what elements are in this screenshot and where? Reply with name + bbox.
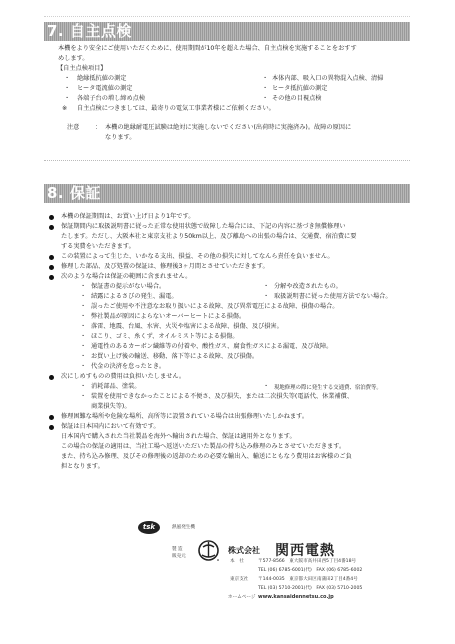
domestic-validity-line4: 担となります。 [61, 462, 104, 472]
dash-icon: ・ [80, 312, 86, 322]
note-marker: ※ [62, 104, 67, 114]
bullet-icon: ・ [64, 84, 70, 94]
bullet-icon: ・ [64, 94, 70, 104]
bullet-icon: ・ [262, 84, 268, 94]
hq-phone: TEL (06) 6785-6001(代) FAX (06) 6785-6002 [258, 567, 362, 574]
warranty-free-repair-line2: たします。ただし、大阪本社と東京支社より50km以上、及び離島への出張の場合は、… [61, 232, 356, 242]
cost-item: 消耗部品、塗装。 [91, 382, 141, 392]
dash-icon: ・ [80, 322, 86, 332]
tokyo-address: 〒144-0035 東京都大田区南蒲田2丁目4番4号 [258, 576, 358, 583]
inspection-item: 本体内部、吸入口の異物混入点検、清掃 [272, 74, 383, 84]
exclusion-item: 結露によるさびの発生、漏電。 [91, 292, 178, 302]
warranty-free-repair-line1: 保証期間内に取扱説明書に従った正常な使用状態で故障した場合には、下記の内容に基づ… [61, 222, 346, 232]
exclusion-item: 誤ったご使用や不注意なお取り扱いによる故障、及び異常電圧による故障、損傷の場合。 [91, 302, 339, 312]
bullet-icon [49, 265, 54, 270]
section-7-header: 7. 自主点検 [44, 22, 410, 41]
inspection-note: 自主点検につきましては、最寄りの電気工事業者様にご依頼ください。 [77, 104, 275, 114]
hq-address: 〒577-8566 東大阪市高井田西5丁目4番18号 [258, 558, 356, 565]
dash-icon: ・ [80, 352, 86, 362]
inspection-item: ヒータ抵抗値の測定 [272, 84, 327, 94]
inspection-item: 各端子台の増し締め点検 [77, 94, 145, 104]
inspection-item: その他の目視点検 [272, 94, 322, 104]
inspection-item: ヒータ電流値の測定 [77, 84, 132, 94]
corp-type: 株式会社 [228, 545, 260, 556]
onsite-repair-limit: 修理困難な場所や危険な場所、高所等に設置されている場合は出張修理いたしかねます。 [61, 412, 308, 422]
caution-text-line1: 本機の絶縁耐電圧試験は絶対に実施しないでください(出荷時に実施済み)。故障の原因… [105, 123, 351, 133]
bullet-icon [49, 375, 54, 380]
tokyo-phone: TEL (03) 5710-2001(代) FAX (03) 5710-2005 [258, 585, 362, 592]
caution-text-line2: なります。 [105, 133, 135, 143]
exclusion-item: 取扱説明書に従った使用方法でない場合。 [274, 292, 392, 302]
maker-label-line2: 販売元 [172, 553, 186, 560]
exclusions-heading: 次のような場合は保証の範囲に含まれません。 [61, 272, 191, 282]
exclusion-item: お買い上げ後の輸送、移動、落下等による故障、及び損傷。 [91, 352, 258, 362]
bullet-icon [49, 215, 54, 220]
liability-disclaimer: この装置によって生じた、いかなる支出、損益、その他の損失に対してなんら責任を負い… [61, 252, 334, 262]
domestic-validity-line3: また、持ち込み修理、及びその修理後の返却のための必要な輸出入、輸送にともなう費用… [61, 452, 352, 462]
website-label: ホームページ [228, 594, 255, 601]
exclusion-item: 弊社製品が原因によらないオーバーヒートによる損傷。 [91, 312, 245, 322]
top-divider [44, 16, 410, 17]
tsk-caption: 熱風発生機 [172, 524, 195, 531]
brand-name: 関西電熱 [275, 540, 335, 560]
domestic-validity: 保証は日本国内において有効です。 [61, 422, 160, 432]
bullet-icon: ・ [262, 74, 268, 84]
website-link[interactable]: www.kansaidennetsu.co.jp [258, 594, 334, 601]
costs-not-covered-heading: 次にしめすものの費用は負担いたしません。 [61, 372, 185, 382]
exclusion-item: 落雷、地震、台風、水害、火災や塩害による故障、損傷、及び損害。 [91, 322, 283, 332]
bullet-icon: ・ [64, 74, 70, 84]
inspection-item: 絶縁抵抗値の測定 [77, 74, 127, 84]
dash-icon: ・ [80, 302, 86, 312]
tsk-logo: tsk [138, 521, 160, 534]
dash-icon: ・ [263, 282, 269, 292]
dash-icon: ・ [80, 392, 86, 402]
section-8-header: 8. 保証 [44, 184, 410, 203]
company-emblem-icon [198, 540, 219, 561]
section-7-intro-line2: めします。 [58, 54, 88, 64]
section-7-intro-line1: 本機をより安全にご使用いただくために、使用期間が10年を超えた場合、自主点検を実… [58, 44, 357, 54]
bullet-icon [49, 415, 54, 420]
dash-icon: ・ [80, 362, 86, 372]
caution-label: 注意 [67, 123, 79, 133]
dash-icon: ・ [263, 292, 269, 302]
exclusion-item: ほこり、ゴミ、糸くず、オイルミスト等による損傷。 [91, 332, 238, 342]
exclusion-item: 分解や改造されたもの。 [274, 282, 342, 292]
domestic-validity-line1: 日本国内で購入された当社製品を海外へ輸出された場合、保証は適用外となります。 [61, 432, 296, 442]
hq-label: 本 社 [230, 558, 244, 565]
bullet-icon [49, 425, 54, 430]
dash-icon: ・ [80, 282, 86, 292]
dash-icon: ・ [80, 382, 86, 392]
caution-colon: ： [95, 123, 101, 133]
exclusion-item: 代金の決済を怠ったとき。 [91, 362, 165, 372]
dash-icon: ・ [263, 382, 269, 392]
cost-item-cont: 商業損失等)。 [91, 402, 131, 412]
bullet-icon [49, 255, 54, 260]
tsk-logo-text: tsk [143, 523, 155, 531]
inspection-items-heading: 【自主点検項目】 [57, 64, 107, 74]
dash-icon: ・ [80, 332, 86, 342]
warranty-free-repair-line3: する実費をいただきます。 [61, 242, 135, 252]
bullet-icon [49, 225, 54, 230]
repair-warranty: 修理した部品、及び処置の保証は、修理後3ヶ月間とさせていただきます。 [61, 262, 269, 272]
maker-label-line1: 製 造 [172, 546, 183, 553]
domestic-validity-line2: この場合の保証の適用は、当社工場へ返送いただいた製品の持ち込み修理のみとさせてい… [61, 442, 345, 452]
warranty-period: 本機の保証期間は、お買い上げ日より1年です。 [61, 212, 194, 222]
cost-item: 装置を使用できなかったことによる不便さ、及び損失、または二次損失等(電話代、休業… [91, 392, 353, 402]
exclusion-item: 保証書の提示がない場合。 [91, 282, 165, 292]
bullet-icon: ・ [262, 94, 268, 104]
exclusion-item: 通電性のあるカーボン繊維等の付着や、酸性ガス、腐食性ガスによる漏電、及び故障。 [91, 342, 332, 352]
dash-icon: ・ [80, 292, 86, 302]
dash-icon: ・ [80, 342, 86, 352]
section-divider [44, 160, 410, 161]
bullet-icon [49, 275, 54, 280]
tokyo-label: 東京支社 [230, 576, 248, 583]
